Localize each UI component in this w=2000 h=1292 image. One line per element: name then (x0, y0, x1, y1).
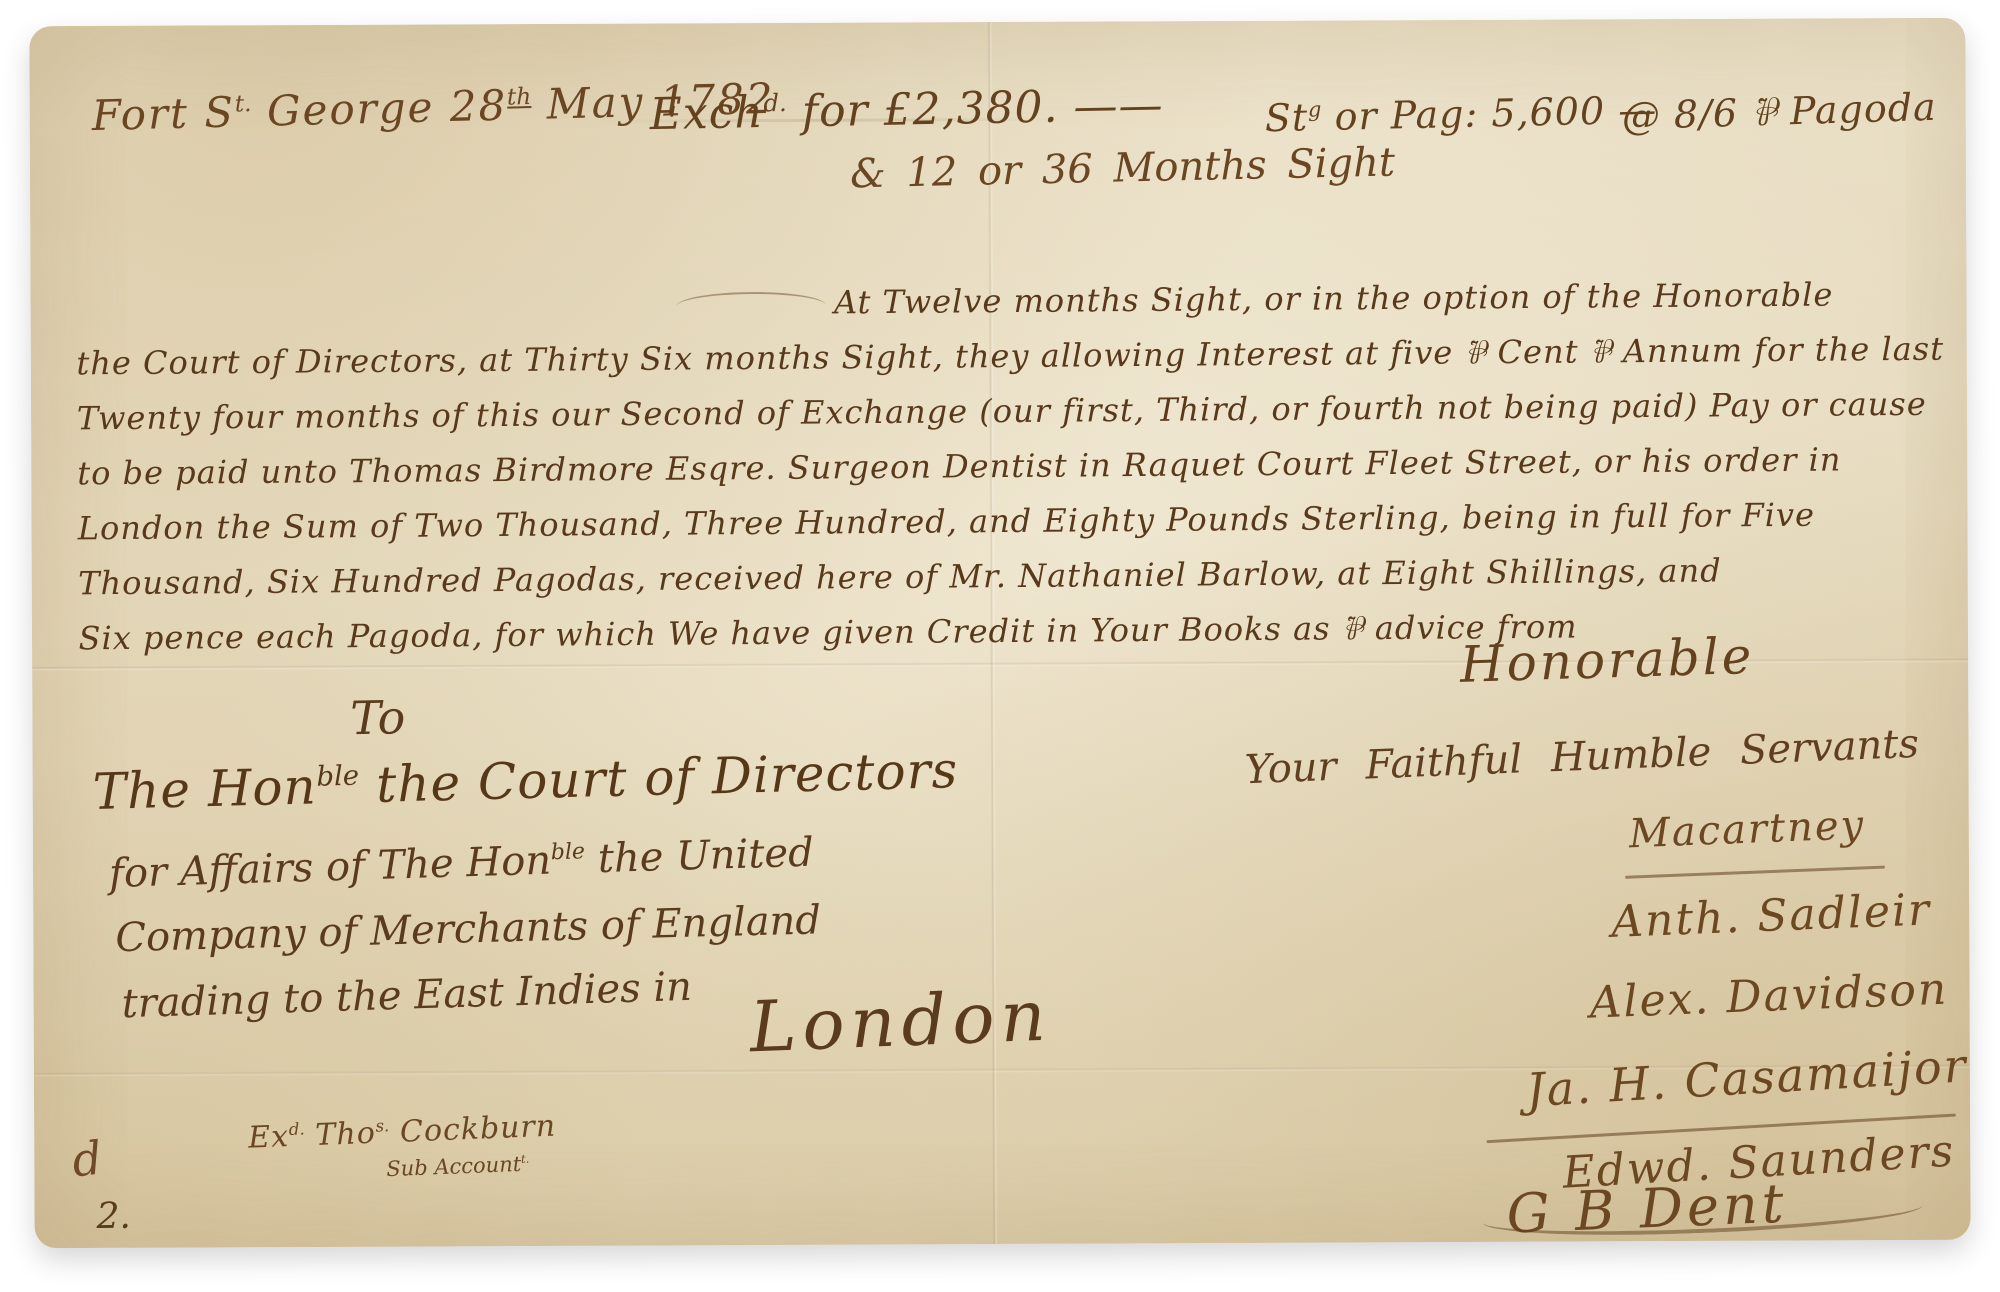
examiner-note: Exd. Thos. Cockburn (248, 1109, 557, 1156)
recipient-line-1: The Honble the Court of Directors (92, 741, 959, 821)
body-line-1-text: At Twelve months Sight, or in the option… (834, 276, 1834, 322)
recipient-line-4: trading to the East Indies in (121, 964, 693, 1027)
tenor-line: & 12 or 36 Months Sight (850, 140, 1396, 198)
signature-davidson: Alex. Davidson (1589, 964, 1949, 1029)
margin-docket-mark: d (69, 1131, 104, 1188)
pagoda-amount: Stg or Pag: 5,600 — (1264, 88, 1657, 141)
examiner-ex-superscript: d. (288, 1119, 305, 1139)
dateline-day: George 28 (251, 81, 508, 136)
recipient-city: London (748, 975, 1053, 1069)
pagoda-superscript: g (1308, 97, 1322, 121)
exchange-rate: @ 8/6 ⅌ Pagoda (1621, 80, 1937, 142)
margin-number: 2. (96, 1196, 131, 1237)
pagoda-value: or Pag: 5,600 — (1321, 88, 1658, 139)
dateline-place-superscript: t. (234, 91, 251, 117)
recipient-salutation: To (350, 690, 406, 745)
examiner-name: Tho (304, 1116, 376, 1154)
exchange-word: Exch (649, 87, 764, 140)
signature-casamaijor: Ja. H. Casamaijor (1525, 1038, 1969, 1117)
signature-macartney: Macartney (1628, 802, 1866, 857)
signature-underline-macartney (1625, 866, 1885, 879)
dateline-ordinal-superscript: th (507, 84, 532, 111)
recipient-line-1-rest: the Court of Directors (359, 741, 959, 814)
valediction: Your Faithful Humble Servants (1244, 719, 1955, 793)
exchange-amount: Exchd. for £2,380. —— (649, 80, 1164, 140)
examiner-ex: Ex (248, 1119, 290, 1156)
pen-flourish (676, 291, 826, 320)
recipient-line-1-superscript: ble (316, 760, 359, 793)
recipient-line-2: for Affairs of The Honble the United (108, 830, 814, 898)
body-text-block: At Twelve months Sight, or in the option… (76, 266, 1971, 666)
examiner-title: Sub Accountt. (386, 1152, 530, 1182)
document-paper: Fort St. George 28th May 1782 Exchd. for… (29, 18, 1970, 1248)
examiner-surname: Cockburn (389, 1109, 557, 1151)
exchange-superscript: d. (763, 89, 787, 117)
recipient-line-1-pre: The Hon (92, 757, 317, 821)
signature-sadleir: Anth. Sadleir (1610, 884, 1932, 948)
recipient-line-2-pre: for Affairs of The Hon (108, 838, 551, 897)
examiner-title-text: Sub Account (386, 1152, 522, 1181)
recipient-line-2-superscript: ble (550, 839, 585, 865)
photo-background: Fort St. George 28th May 1782 Exchd. for… (0, 0, 2000, 1292)
recipient-line-3: Company of Merchants of England (115, 897, 822, 961)
exchange-value: for £2,380. —— (786, 80, 1164, 138)
dateline-place: Fort S (91, 87, 235, 140)
pagoda-word: St (1264, 95, 1308, 140)
examiner-name-superscript: s. (375, 1116, 389, 1136)
recipient-line-2-rest: the United (584, 830, 814, 883)
examiner-title-superscript: t. (521, 1152, 530, 1166)
